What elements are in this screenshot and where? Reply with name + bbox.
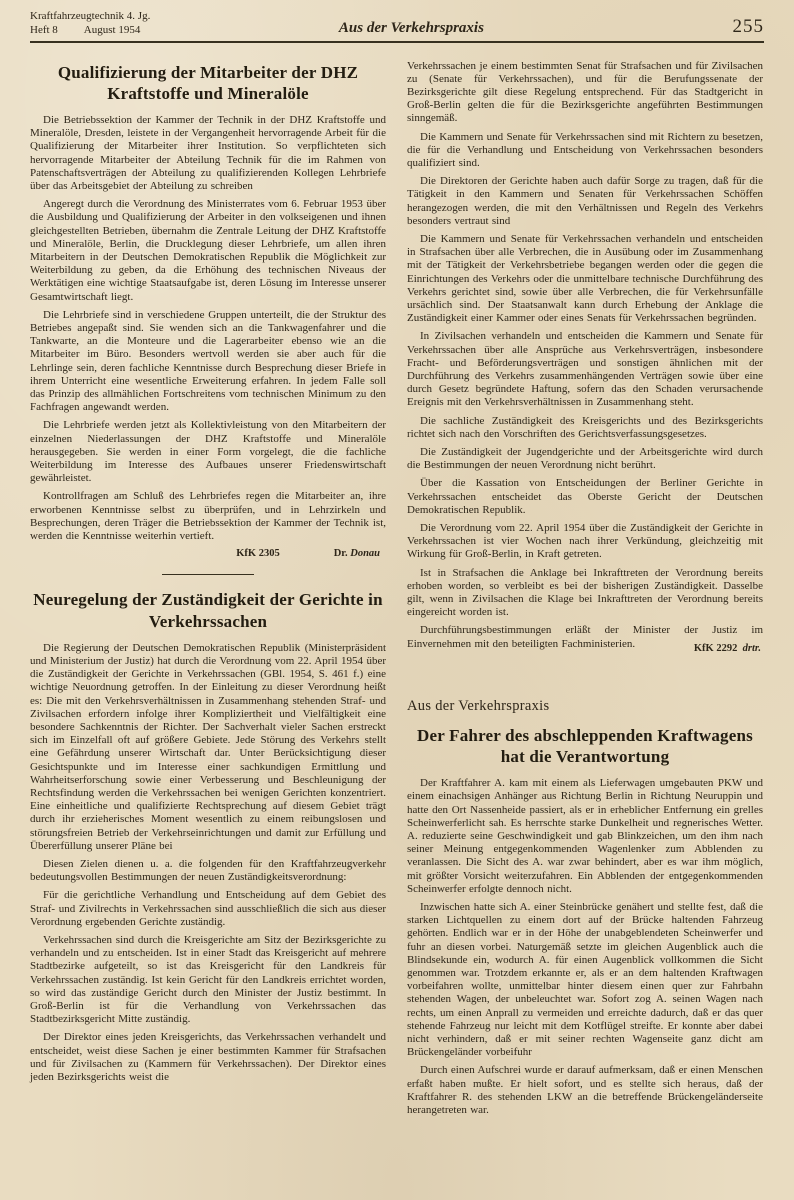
issue-number: Heft 8 — [30, 24, 58, 38]
article1-signature: KfK 2305 Dr. Donau — [30, 548, 380, 559]
paragraph: Angeregt durch die Verordnung des Minist… — [30, 198, 386, 304]
paragraph: Diesen Zielen dienen u. a. die folgenden… — [30, 858, 386, 884]
column-left: Qualifizierung der Mitarbeiter der DHZ K… — [30, 60, 386, 1123]
paragraph: Inzwischen hatte sich A. einer Steinbrüc… — [407, 901, 763, 1059]
page-header: Kraftfahrzeugtechnik 4. Jg. Heft 8 Augus… — [30, 10, 764, 43]
paragraph: Für die gerichtliche Verhandlung und Ent… — [30, 889, 386, 929]
journal-info: Kraftfahrzeugtechnik 4. Jg. Heft 8 Augus… — [30, 10, 150, 38]
journal-title-line: Kraftfahrzeugtechnik 4. Jg. — [30, 10, 150, 24]
kfk-code: KfK 2292 — [694, 643, 737, 654]
paragraph-continuation: Verkehrssachen je einem bestimmten Senat… — [407, 60, 763, 126]
article2-title: Neuregelung der Zuständigkeit der Gerich… — [30, 589, 386, 633]
paragraph: Die Zuständigkeit der Jugendgerichte und… — [407, 446, 763, 472]
paragraph: Der Kraftfahrer A. kam mit einem als Lie… — [407, 777, 763, 896]
paragraph: Die Kammern und Senate für Verkehrssache… — [407, 233, 763, 325]
paragraph: In Zivilsachen verhandeln und entscheide… — [407, 330, 763, 409]
paragraph: Der Direktor eines jeden Kreisgerichts, … — [30, 1031, 386, 1084]
paragraph: Die Direktoren der Gerichte haben auch d… — [407, 175, 763, 228]
paragraph: Die Lehrbriefe sind in verschiedene Grup… — [30, 309, 386, 415]
running-title: Aus der Verkehrspraxis — [339, 20, 484, 38]
paragraph: Die Kammern und Senate für Verkehrssache… — [407, 131, 763, 171]
paragraph: Verkehrssachen sind durch die Kreisgeric… — [30, 934, 386, 1026]
two-column-body: Qualifizierung der Mitarbeiter der DHZ K… — [30, 60, 764, 1123]
paragraph: Kontrollfragen am Schluß des Lehrbriefes… — [30, 490, 386, 543]
paragraph: Die Verordnung vom 22. April 1954 über d… — [407, 522, 763, 562]
journal-page: Kraftfahrzeugtechnik 4. Jg. Heft 8 Augus… — [0, 0, 794, 1200]
page-number: 255 — [732, 16, 764, 38]
paragraph: Über die Kassation von Entscheidungen de… — [407, 477, 763, 517]
author-name: drtr. — [743, 643, 761, 654]
article1-title: Qualifizierung der Mitarbeiter der DHZ K… — [30, 62, 386, 106]
paragraph: Die sachliche Zuständigkeit des Kreisger… — [407, 415, 763, 441]
author-name: Dr. Donau — [334, 548, 380, 559]
paragraph: Die Regierung der Deutschen Demokratisch… — [30, 642, 386, 853]
issue-date: August 1954 — [84, 24, 141, 38]
paragraph: Die Lehrbriefe werden jetzt als Kollekti… — [30, 419, 386, 485]
kfk-code: KfK 2305 — [236, 548, 279, 559]
article-divider — [162, 574, 254, 575]
column-right: Verkehrssachen je einem bestimmten Senat… — [407, 60, 763, 1123]
paragraph: Ist in Strafsachen die Anklage bei Inkra… — [407, 567, 763, 620]
paragraph: Durch einen Aufschrei wurde er darauf au… — [407, 1064, 763, 1117]
paragraph: Die Betriebssektion der Kammer der Techn… — [30, 114, 386, 193]
article3-title: Der Fahrer des abschleppenden Kraftwagen… — [407, 725, 763, 769]
section-kicker: Aus der Verkehrspraxis — [407, 698, 763, 715]
